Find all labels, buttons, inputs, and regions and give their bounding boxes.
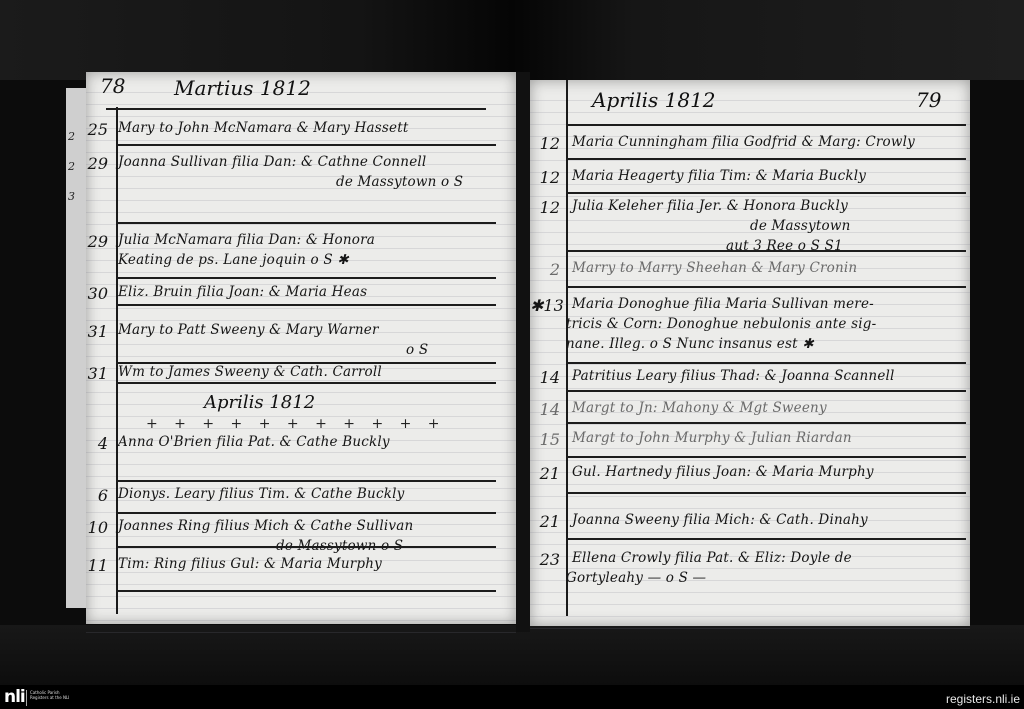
entry-text-line1: Gul. Hartnedy filius Joan: & Maria Murph… bbox=[572, 464, 874, 480]
nli-logo[interactable]: nli bbox=[4, 689, 25, 706]
entry-text-line2: Gortyleahy — o S — bbox=[566, 570, 706, 586]
ruled-line bbox=[530, 256, 970, 257]
entry-text-line1: Joanna Sweeny filia Mich: & Cath. Dinahy bbox=[572, 512, 868, 528]
ruled-line bbox=[86, 476, 516, 477]
under-number: 2 bbox=[68, 160, 75, 190]
entry-day: 2 bbox=[530, 260, 560, 279]
entry-day: 25 bbox=[78, 120, 108, 139]
ruled-line bbox=[86, 212, 516, 213]
entry-day: 14 bbox=[530, 400, 560, 419]
month-subheader: Aprilis 1812 bbox=[204, 392, 315, 413]
ruled-line bbox=[530, 424, 970, 425]
separator bbox=[566, 124, 966, 126]
entry-text-line1: Margt to Jn: Mahony & Mgt Sweeny bbox=[572, 400, 827, 416]
entry-text-line2: tricis & Corn: Donoghue nebulonis ante s… bbox=[566, 316, 876, 332]
ruled-line bbox=[530, 508, 970, 509]
entry-separator bbox=[116, 277, 496, 279]
entry-text-line1: Marry to Marry Sheehan & Mary Cronin bbox=[572, 260, 857, 276]
entry-separator bbox=[566, 158, 966, 160]
ruled-line bbox=[86, 572, 516, 573]
ruled-line bbox=[530, 160, 970, 161]
entry-separator bbox=[566, 456, 966, 458]
entry-text-line1: Eliz. Bruin filia Joan: & Maria Heas bbox=[118, 284, 367, 300]
entry-separator bbox=[566, 422, 966, 424]
entry-separator bbox=[116, 382, 496, 384]
ruled-line bbox=[530, 616, 970, 617]
footer-bar bbox=[0, 685, 1024, 709]
month-header: Martius 1812 bbox=[174, 76, 311, 100]
ruled-line bbox=[86, 620, 516, 621]
entry-text-line1: Dionys. Leary filius Tim. & Cathe Buckly bbox=[118, 486, 404, 502]
ruled-line bbox=[86, 608, 516, 609]
entry-text-line1: Ellena Crowly filia Pat. & Eliz: Doyle d… bbox=[572, 550, 852, 566]
entry-day: 4 bbox=[78, 434, 108, 453]
entry-text-line1: Wm to James Sweeny & Cath. Carroll bbox=[118, 364, 382, 380]
entry-day: 12 bbox=[530, 134, 560, 153]
ruled-line bbox=[530, 448, 970, 449]
entry-text-line1: Margt to John Murphy & Julian Riardan bbox=[572, 430, 852, 446]
ruled-line bbox=[86, 248, 516, 249]
ruled-line bbox=[86, 308, 516, 309]
ruled-line bbox=[530, 196, 970, 197]
ruled-line bbox=[86, 356, 516, 357]
entry-text-line3: nane. Illeg. o S Nunc insanus est ✱ bbox=[566, 336, 814, 352]
ruled-line bbox=[86, 464, 516, 465]
right-page: Aprilis 1812 79 12Maria Cunningham filia… bbox=[530, 80, 970, 626]
entry-separator bbox=[566, 390, 966, 392]
entry-text-line1: Joannes Ring filius Mich & Cathe Sulliva… bbox=[118, 518, 413, 534]
entry-separator bbox=[116, 512, 496, 514]
entry-day: 12 bbox=[530, 198, 560, 217]
entry-day: 15 bbox=[530, 430, 560, 449]
ruled-line bbox=[530, 184, 970, 185]
under-number: 2 bbox=[68, 130, 75, 160]
entry-day: 10 bbox=[78, 518, 108, 537]
ruled-line bbox=[530, 280, 970, 281]
entry-text-line1: Mary to Patt Sweeny & Mary Warner bbox=[118, 322, 379, 338]
background-bottom bbox=[0, 625, 1024, 685]
entry-day: 21 bbox=[530, 512, 560, 531]
entry-text-line1: Maria Donoghue filia Maria Sullivan mere… bbox=[572, 296, 874, 312]
ruled-line bbox=[86, 116, 516, 117]
site-url-link[interactable]: registers.nli.ie bbox=[946, 692, 1020, 706]
entry-text-line1: Joanna Sullivan filia Dan: & Cathne Conn… bbox=[118, 154, 426, 170]
entry-separator bbox=[116, 304, 496, 306]
ruled-line bbox=[86, 596, 516, 597]
ruled-line bbox=[530, 544, 970, 545]
entry-day: 30 bbox=[78, 284, 108, 303]
entry-day: 31 bbox=[78, 322, 108, 341]
entry-text-line1: Mary to John McNamara & Mary Hassett bbox=[118, 120, 408, 136]
ruled-line bbox=[530, 460, 970, 461]
book-gutter bbox=[516, 72, 530, 632]
ruled-line bbox=[86, 224, 516, 225]
ruled-line bbox=[86, 320, 516, 321]
entry-text-line1: Anna O'Brien filia Pat. & Cathe Buckly bbox=[118, 434, 390, 450]
ruled-line bbox=[530, 484, 970, 485]
ruled-line bbox=[86, 584, 516, 585]
entry-day: 21 bbox=[530, 464, 560, 483]
ruled-line bbox=[530, 352, 970, 353]
entry-day: 31 bbox=[78, 364, 108, 383]
entry-text-line2: de Massytown bbox=[750, 218, 850, 234]
entry-separator bbox=[566, 362, 966, 364]
ruled-line bbox=[86, 536, 516, 537]
ruled-line bbox=[86, 140, 516, 141]
entry-separator bbox=[566, 538, 966, 540]
ruled-line bbox=[86, 452, 516, 453]
logo-divider bbox=[26, 690, 27, 706]
entry-separator bbox=[116, 480, 496, 482]
entry-text-line2: Keating de ps. Lane joquin o S ✱ bbox=[118, 252, 349, 268]
under-number: 3 bbox=[68, 190, 75, 220]
ruled-line bbox=[86, 380, 516, 381]
ruled-line bbox=[530, 532, 970, 533]
entry-day: 29 bbox=[78, 232, 108, 251]
ruled-line bbox=[530, 604, 970, 605]
cross-row: + + + + + + + + + + + bbox=[146, 416, 446, 432]
ruled-line bbox=[530, 628, 970, 629]
ruled-line bbox=[530, 112, 970, 113]
logo-subtitle: Catholic Parish Registers at the NLI bbox=[30, 690, 70, 700]
entry-separator bbox=[566, 192, 966, 194]
entry-separator bbox=[116, 222, 496, 224]
ruled-line bbox=[86, 272, 516, 273]
background-top bbox=[0, 0, 1024, 80]
entry-text-line1: Julia McNamara filia Dan: & Honora bbox=[118, 232, 375, 248]
entry-day: 23 bbox=[530, 550, 560, 569]
ruled-line bbox=[530, 568, 970, 569]
entry-text-line2: de Massytown o S bbox=[336, 174, 463, 190]
entry-separator bbox=[116, 144, 496, 146]
ruled-line bbox=[86, 200, 516, 201]
entry-separator bbox=[116, 546, 496, 548]
entry-text-line1: Julia Keleher filia Jer. & Honora Buckly bbox=[572, 198, 848, 214]
entry-separator bbox=[566, 286, 966, 288]
entry-day: 12 bbox=[530, 168, 560, 187]
page-number: 79 bbox=[916, 88, 941, 112]
entry-day: 14 bbox=[530, 368, 560, 387]
ruled-line bbox=[86, 104, 516, 105]
entry-separator bbox=[566, 250, 966, 252]
ruled-line bbox=[86, 344, 516, 345]
ruled-line bbox=[530, 592, 970, 593]
entry-day: 11 bbox=[78, 556, 108, 575]
ruled-line bbox=[530, 388, 970, 389]
page-number: 78 bbox=[100, 74, 125, 98]
entry-text-line1: Maria Cunningham filia Godfrid & Marg: C… bbox=[572, 134, 915, 150]
underlying-page-numbers: 2 2 3 bbox=[68, 130, 75, 220]
entry-day: 6 bbox=[78, 486, 108, 505]
ruled-line bbox=[530, 496, 970, 497]
entry-text-line2: o S bbox=[406, 342, 428, 358]
separator bbox=[106, 108, 486, 110]
entry-text-line1: Tim: Ring filius Gul: & Maria Murphy bbox=[118, 556, 382, 572]
margin-line bbox=[116, 107, 118, 614]
ruled-line bbox=[86, 152, 516, 153]
entry-text-line1: Maria Heagerty filia Tim: & Maria Buckly bbox=[572, 168, 866, 184]
ruled-line bbox=[86, 632, 516, 633]
ruled-line bbox=[530, 292, 970, 293]
entry-day: ✱13 bbox=[530, 296, 560, 315]
ruled-line bbox=[530, 364, 970, 365]
entry-text-line1: Patritius Leary filius Thad: & Joanna Sc… bbox=[572, 368, 895, 384]
entry-separator bbox=[566, 492, 966, 494]
entry-separator bbox=[116, 590, 496, 592]
month-header: Aprilis 1812 bbox=[592, 88, 716, 112]
entry-day: 29 bbox=[78, 154, 108, 173]
left-page: 78 Martius 1812 25Mary to John McNamara … bbox=[86, 72, 516, 624]
